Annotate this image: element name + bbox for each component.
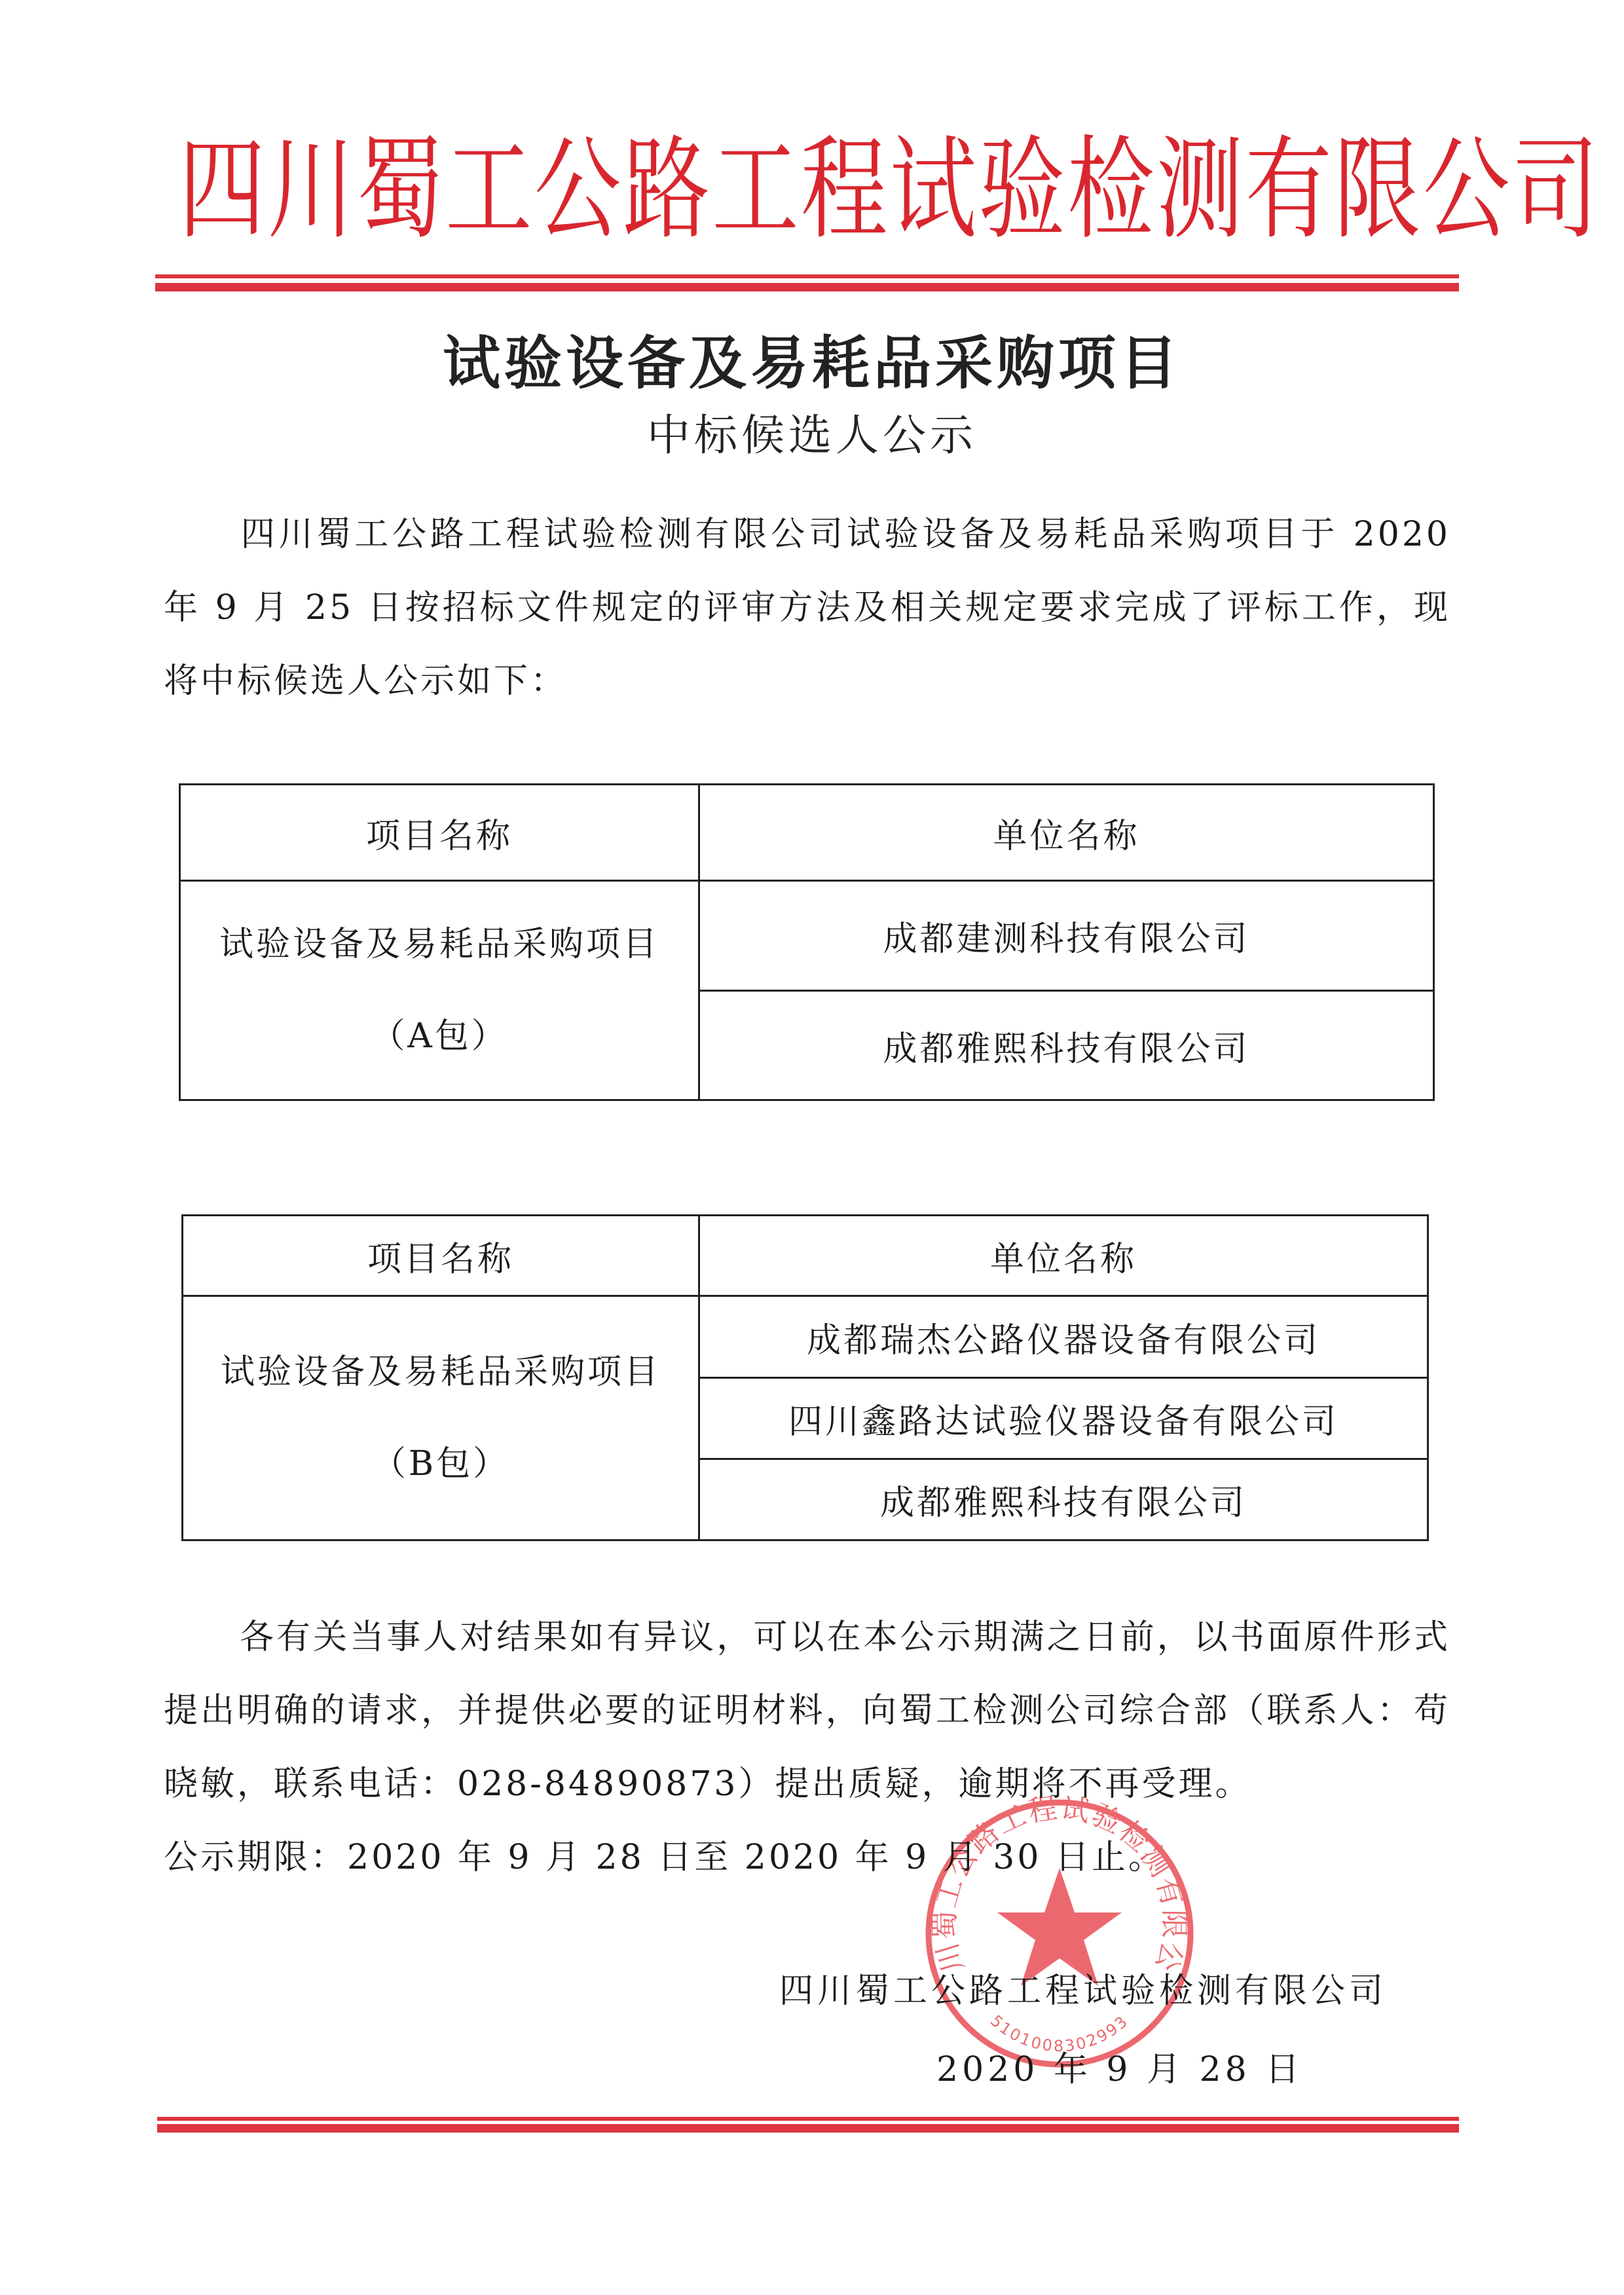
company-cell: 成都雅熙科技有限公司: [699, 991, 1434, 1100]
document-title: 试验设备及易耗品采购项目: [0, 327, 1624, 400]
project-name: 试验设备及易耗品采购项目: [181, 899, 698, 990]
footer-rule-thin: [157, 2117, 1459, 2121]
company-cell: 成都建测科技有限公司: [699, 881, 1434, 991]
header-rule-thin: [155, 274, 1459, 278]
package-a-table: 项目名称 单位名称 试验设备及易耗品采购项目 （A包） 成都建测科技有限公司 成…: [179, 783, 1435, 1101]
signature-company: 四川蜀工公路工程试验检测有限公司: [779, 1965, 1387, 2017]
header-company-name: 单位名称: [699, 1216, 1428, 1296]
objection-paragraph: 各有关当事人对结果如有异议，可以在本公示期满之日前，以书面原件形式提出明确的请求…: [164, 1601, 1450, 1821]
footer-rule-thick: [157, 2124, 1459, 2133]
header-project-name: 项目名称: [183, 1216, 699, 1296]
company-cell: 成都瑞杰公路仪器设备有限公司: [699, 1296, 1428, 1378]
signature-date: 2020 年 9 月 28 日: [936, 2043, 1303, 2096]
letterhead-company-name: 四川蜀工公路工程试验检测有限公司: [179, 124, 1445, 255]
package-label: （A包）: [181, 990, 698, 1082]
intro-paragraph: 四川蜀工公路工程试验检测有限公司试验设备及易耗品采购项目于 2020 年 9 月…: [164, 498, 1450, 718]
notice-period: 公示期限：2020 年 9 月 28 日至 2020 年 9 月 30 日止。: [164, 1821, 1450, 1894]
project-cell: 试验设备及易耗品采购项目 （B包）: [183, 1296, 699, 1540]
document-subtitle: 中标候选人公示: [0, 406, 1624, 465]
header-company-name: 单位名称: [699, 785, 1434, 881]
project-cell: 试验设备及易耗品采购项目 （A包）: [180, 881, 699, 1100]
company-cell: 四川鑫路达试验仪器设备有限公司: [699, 1378, 1428, 1459]
header-rule-thick: [155, 283, 1459, 291]
company-seal-stamp: 四川蜀工公路工程试验检测有限公司 5101008302993: [922, 1796, 1197, 2071]
company-cell: 成都雅熙科技有限公司: [699, 1459, 1428, 1540]
header-project-name: 项目名称: [180, 785, 699, 881]
package-b-table: 项目名称 单位名称 试验设备及易耗品采购项目 （B包） 成都瑞杰公路仪器设备有限…: [181, 1214, 1429, 1541]
package-label: （B包）: [183, 1418, 698, 1510]
project-name: 试验设备及易耗品采购项目: [183, 1326, 698, 1418]
objection-text: 各有关当事人对结果如有异议，可以在本公示期满之日前，以书面原件形式提出明确的请求…: [164, 1618, 1450, 1804]
intro-text: 四川蜀工公路工程试验检测有限公司试验设备及易耗品采购项目于 2020 年 9 月…: [164, 515, 1450, 701]
